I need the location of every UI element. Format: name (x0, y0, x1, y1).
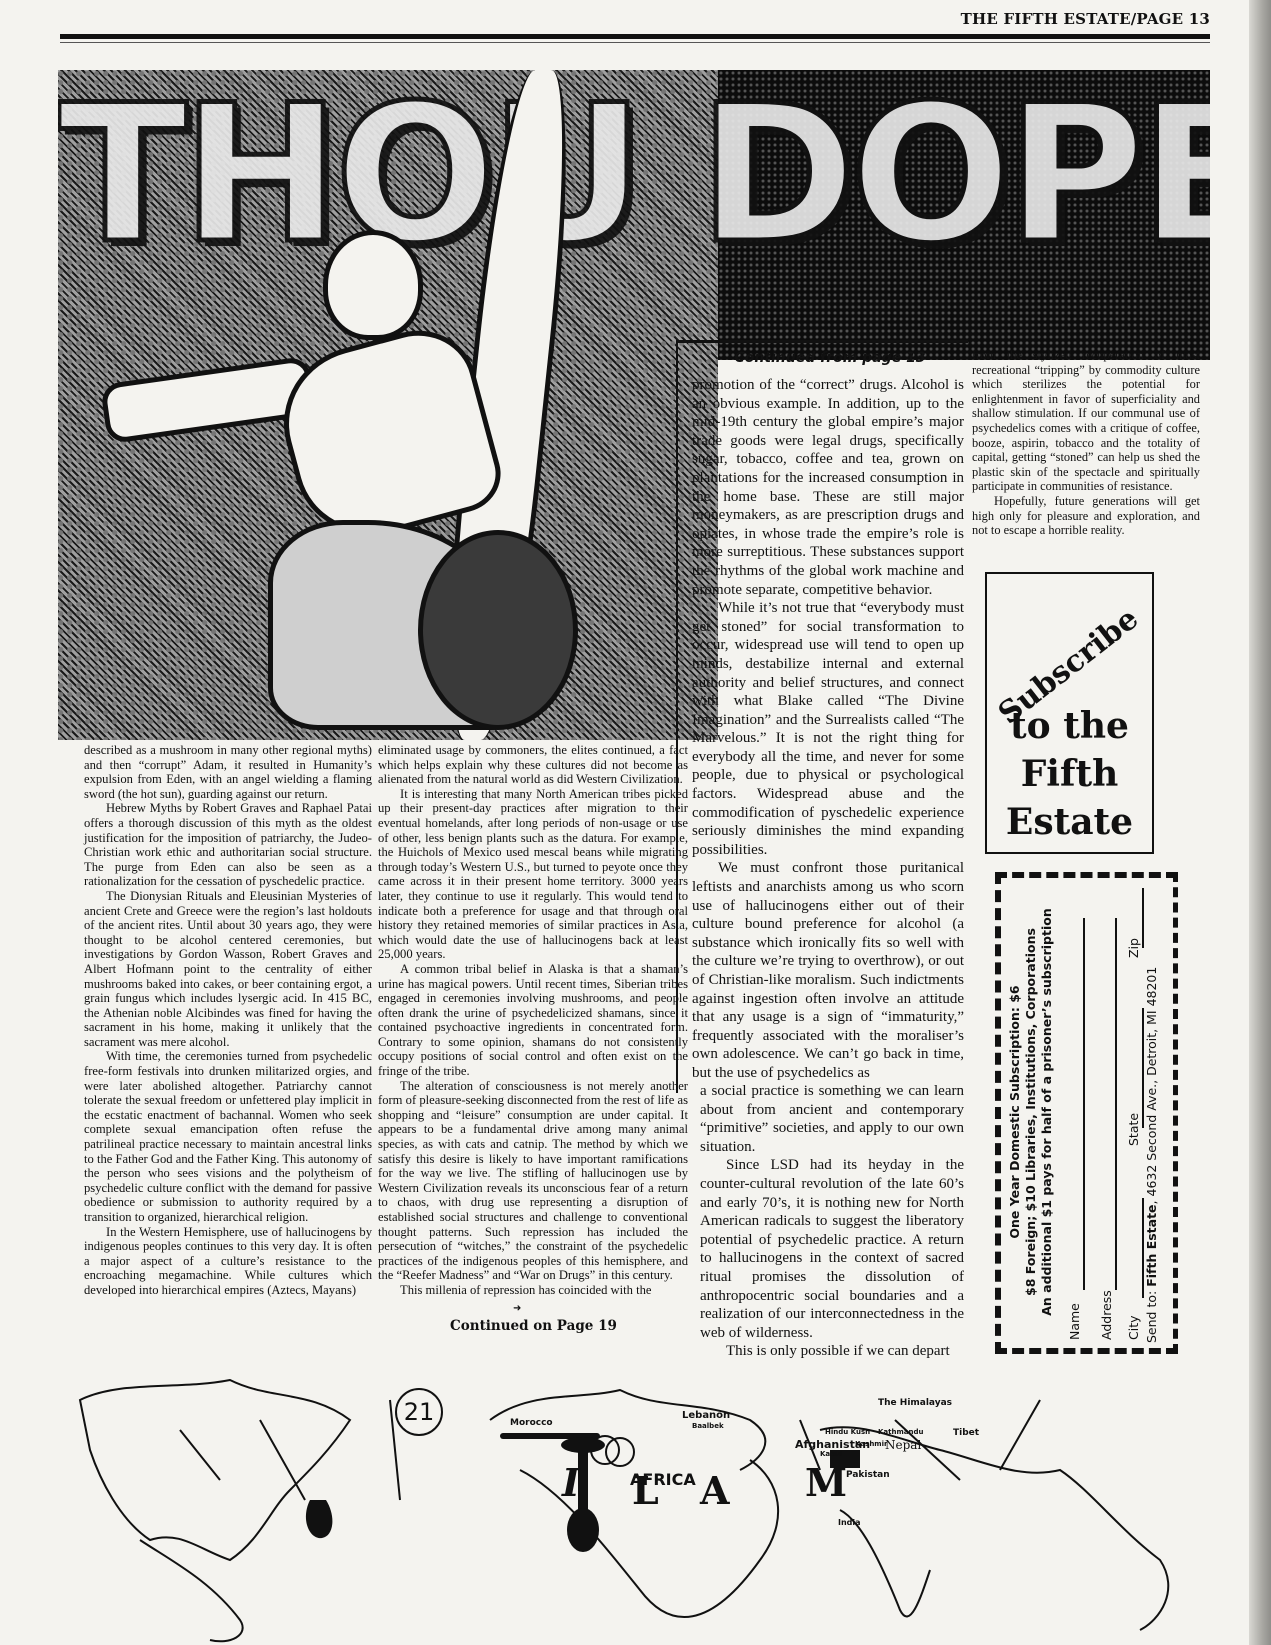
map-label-pakistan: Pakistan (846, 1470, 890, 1480)
coupon-pricing: One Year Domestic Subscription: $6 $8 Fo… (1007, 882, 1055, 1342)
article-column-3-continued: a social practice is something we can le… (700, 1082, 964, 1361)
page-header: THE FIFTH ESTATE/PAGE 13 (60, 6, 1210, 46)
continued-from-heading: Continued from page 13 (690, 350, 970, 366)
illustration-title-lettering: THOU DOPE? (58, 70, 1210, 280)
paragraph: promotion of the “correct” drugs. Alcoho… (692, 376, 964, 599)
paragraph: In the Western Hemisphere, use of halluc… (84, 1225, 372, 1298)
map-label-nepal: Nepal (885, 1438, 921, 1452)
map-label-kathmandu: Kathmandu (878, 1428, 923, 1436)
map-label-baalbek: Baalbek (692, 1422, 724, 1430)
paragraph: a social practice is something we can le… (700, 1082, 964, 1156)
article-column-3: promotion of the “correct” drugs. Alcoho… (692, 376, 964, 1083)
map-letter-a: A (700, 1468, 729, 1513)
field-label-state: State (1126, 1113, 1141, 1146)
header-rule-thin (60, 42, 1210, 43)
subscribe-ad: Subscribe to the Fifth Estate (985, 572, 1154, 854)
paragraph: The Dionysian Rituals and Eleusinian Mys… (84, 889, 372, 1050)
paragraph: We must confront those puritanical lefti… (692, 859, 964, 1082)
pricing-prisoner: An additional $1 pays for half of a pris… (1039, 882, 1055, 1342)
map-letter-i: I (562, 1460, 580, 1505)
paragraph: The alteration of consciousness is not m… (378, 1079, 688, 1283)
map-letter-m: M (805, 1460, 847, 1505)
map-label-morocco: Morocco (510, 1418, 553, 1428)
header-rule (60, 34, 1210, 39)
article-column-2: eliminated usage by commoners, the elite… (378, 743, 688, 1298)
paragraph: With time, the ceremonies turned from ps… (84, 1049, 372, 1224)
arrow-icon: ➜ (513, 1303, 521, 1314)
paragraph: It is interesting that many North Americ… (378, 787, 688, 962)
map-label-himalayas: The Himalayas (878, 1398, 952, 1408)
paragraph: A common tribal belief in Alaska is that… (378, 962, 688, 1079)
name-field[interactable] (1083, 918, 1085, 1290)
subscribe-line-3: Estate (987, 798, 1152, 846)
pricing-foreign: $8 Foreign; $10 Libraries, Institutions,… (1023, 882, 1039, 1342)
map-label-kashmir: Kashmir (855, 1440, 887, 1448)
paragraph: eliminated usage by commoners, the elite… (378, 743, 688, 787)
map-label-lebanon: Lebanon (682, 1410, 730, 1421)
paragraph: Hopefully, future generations will get h… (972, 494, 1200, 538)
paragraph: from the stylized recuperation of most r… (972, 348, 1200, 494)
subscribe-line-1: to the (987, 702, 1152, 750)
page-edge (1249, 0, 1271, 1645)
map-label-kabul: Kabul (820, 1450, 843, 1458)
article-column-4: from the stylized recuperation of most r… (972, 348, 1200, 538)
zip-field[interactable] (1142, 888, 1144, 948)
field-label-name: Name (1067, 1303, 1082, 1340)
mailing-address: Send to: Fifth Estate, 4632 Second Ave.,… (1144, 967, 1159, 1343)
field-label-address: Address (1099, 1290, 1114, 1340)
paragraph: This millenia of repression has coincide… (378, 1283, 688, 1298)
field-label-zip: Zip (1126, 938, 1141, 958)
paragraph: This is only possible if we can depart (700, 1342, 964, 1361)
subscribe-line-2: Fifth (987, 750, 1152, 798)
field-label-city: City (1126, 1316, 1141, 1341)
map-label-hindu-kush: Hindu Kush (825, 1428, 870, 1436)
hooded-figure (418, 530, 578, 730)
address-field[interactable] (1115, 918, 1117, 1290)
world-map-illustration: Morocco Lebanon Baalbek Hindu Kush Kathm… (60, 1360, 1210, 1645)
article-column-1: described as a mushroom in many other re… (84, 743, 372, 1298)
paragraph: Since LSD had its heyday in the counter-… (700, 1156, 964, 1342)
handwritten-page-mark: 21 (395, 1388, 443, 1436)
map-label-tibet: Tibet (953, 1428, 979, 1438)
folio-title: THE FIFTH ESTATE/PAGE 13 (961, 10, 1210, 28)
continued-on-link[interactable]: Continued on Page 19 (450, 1318, 617, 1334)
paragraph: Hebrew Myths by Robert Graves and Raphae… (84, 801, 372, 889)
map-label-india: India (838, 1518, 861, 1527)
map-label-africa: AFRICA (630, 1470, 696, 1489)
cartoon-character-head (323, 230, 423, 340)
paragraph: While it’s not true that “everybody must… (692, 599, 964, 859)
pricing-domestic: One Year Domestic Subscription: $6 (1007, 882, 1023, 1342)
paragraph: described as a mushroom in many other re… (84, 743, 372, 801)
subscription-coupon[interactable]: One Year Domestic Subscription: $6 $8 Fo… (995, 872, 1178, 1354)
